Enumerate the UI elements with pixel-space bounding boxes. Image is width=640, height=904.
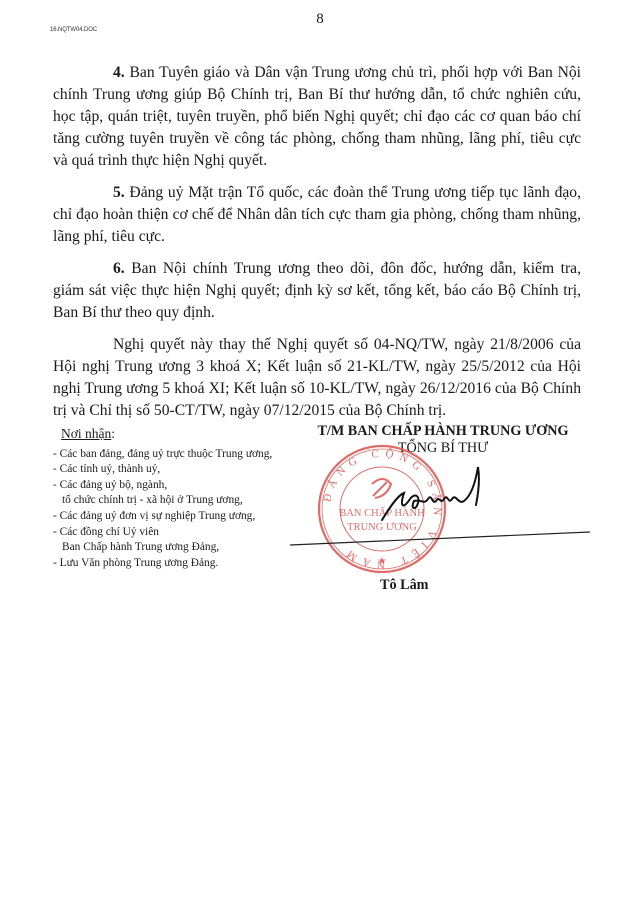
paragraph-number: 5. <box>113 184 125 201</box>
recipient-item: - Lưu Văn phòng Trung ương Đảng. <box>53 556 293 572</box>
paragraph-number: 6. <box>113 260 125 277</box>
paragraph-4: 4. Ban Tuyên giáo và Dân vận Trung ương … <box>53 62 581 172</box>
svg-text:★: ★ <box>378 556 387 567</box>
recipient-item: - Các đảng uỷ bộ, ngành, <box>53 478 293 494</box>
signature-underline-icon <box>290 528 590 548</box>
recipient-item: - Các đồng chí Uỷ viên <box>53 525 293 541</box>
paragraph-text: Nghị quyết này thay thế Nghị quyết số 04… <box>53 336 581 419</box>
paragraph-text: Đảng uỷ Mặt trận Tổ quốc, các đoàn thể T… <box>53 184 581 245</box>
recipient-item: - Các ban đảng, đảng uỷ trực thuộc Trung… <box>53 447 293 463</box>
paragraph-number: 4. <box>113 64 125 81</box>
recipient-item: - Các tỉnh uỷ, thành uỷ, <box>53 462 293 478</box>
recipients-list: - Các ban đảng, đảng uỷ trực thuộc Trung… <box>53 447 293 572</box>
paragraph-5: 5. Đảng uỷ Mặt trận Tổ quốc, các đoàn th… <box>53 182 581 248</box>
paragraph-text: Ban Tuyên giáo và Dân vận Trung ương chủ… <box>53 64 581 169</box>
recipient-item: tổ chức chính trị - xã hội ở Trung ương, <box>53 493 293 509</box>
recipient-item: Ban Chấp hành Trung ương Đảng, <box>53 540 293 556</box>
recipients-title: Nơi nhận: <box>61 426 293 442</box>
paragraph-replacement: Nghị quyết này thay thế Nghị quyết số 04… <box>53 292 581 422</box>
recipients-block: Nơi nhận: - Các ban đảng, đảng uỷ trực t… <box>53 426 293 571</box>
signer-name: Tô Lâm <box>380 577 428 594</box>
page-number: 8 <box>0 11 640 28</box>
signing-organization: T/M BAN CHẤP HÀNH TRUNG ƯƠNG <box>298 422 588 440</box>
handwritten-signature-icon <box>380 465 510 525</box>
recipient-item: - Các đảng uỷ đơn vị sự nghiệp Trung ươn… <box>53 509 293 525</box>
